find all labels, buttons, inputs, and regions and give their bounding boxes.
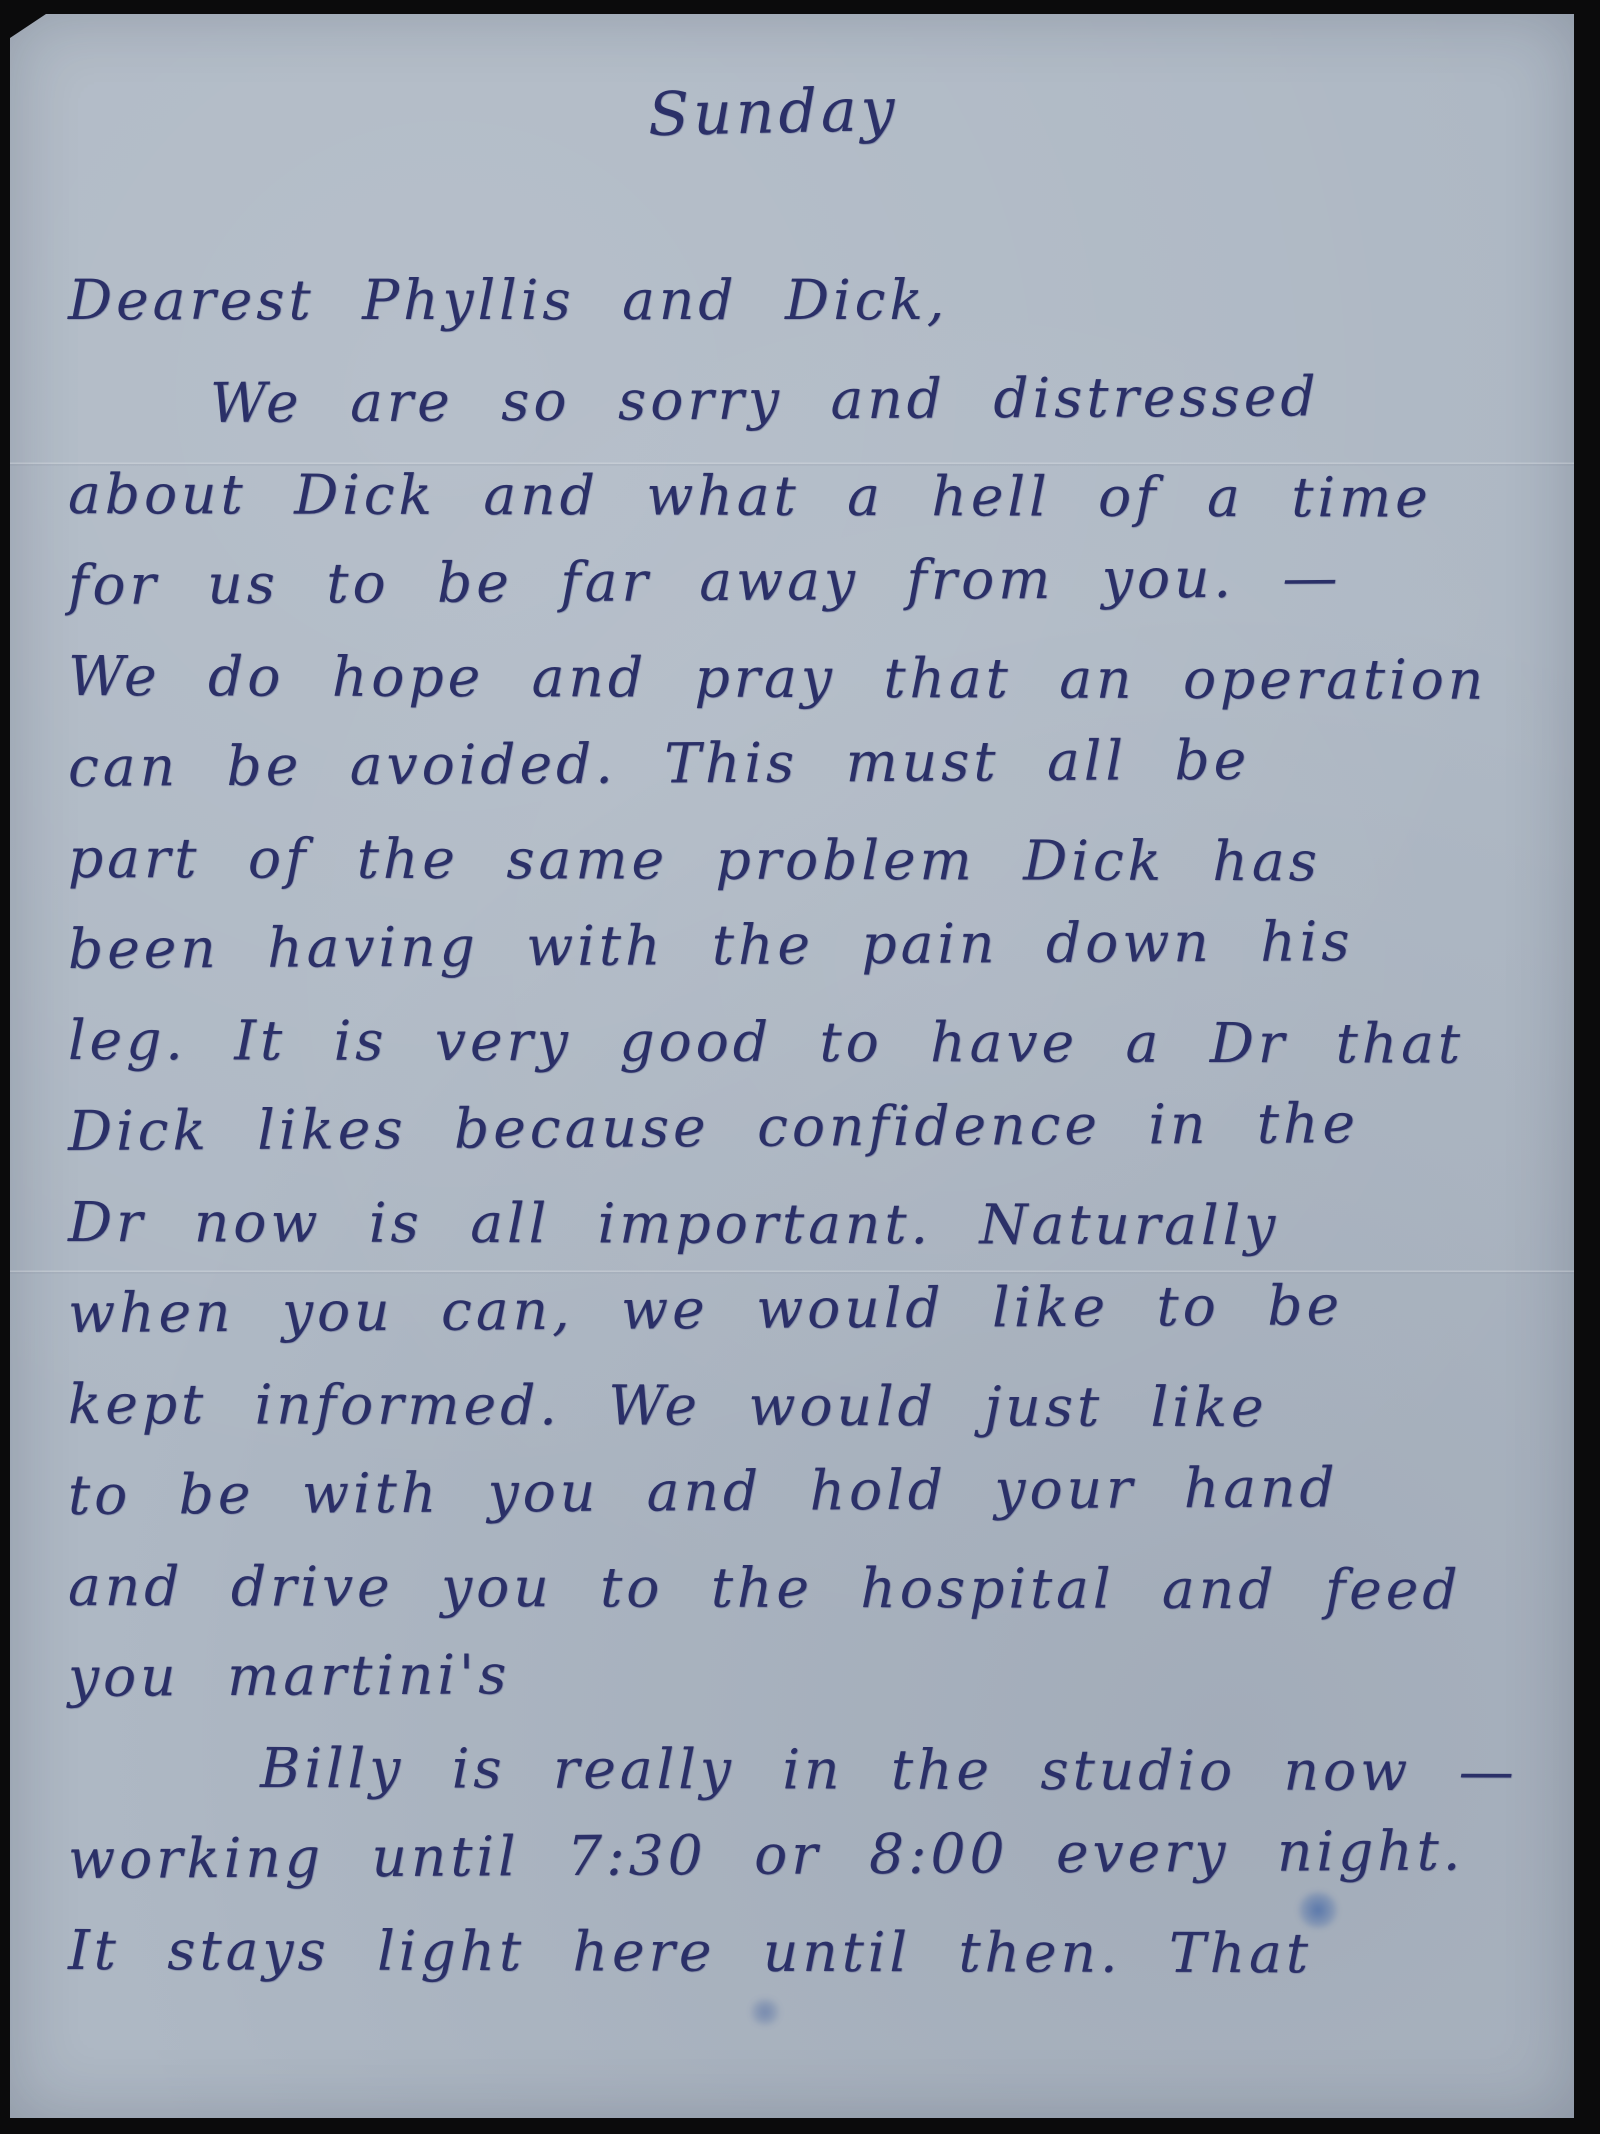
letter-line: when you can, we would like to be bbox=[68, 1259, 1515, 1359]
letter-line: We do hope and pray that an operation bbox=[68, 631, 1514, 726]
letter-line: to be with you and hold your hand bbox=[68, 1441, 1515, 1541]
letter-line: kept informed. We would just like bbox=[68, 1359, 1514, 1454]
letter-date: Sunday bbox=[647, 47, 1515, 165]
letter-line: working until 7:30 or 8:00 every night. bbox=[68, 1805, 1515, 1905]
letter-line: about Dick and what a hell of a time bbox=[68, 449, 1514, 544]
letter-line: can be avoided. This must all be bbox=[68, 713, 1515, 813]
ink-blot bbox=[750, 1999, 780, 2025]
scan-background: Sunday Dearest Phyllis and Dick, We are … bbox=[0, 0, 1600, 2134]
letter-line: Dick likes because confidence in the bbox=[68, 1077, 1515, 1177]
letter-line: for us to be far away from you. — bbox=[68, 531, 1515, 631]
letter-line: leg. It is very good to have a Dr that bbox=[68, 995, 1514, 1090]
letter-line: you martini's bbox=[68, 1623, 1515, 1723]
letter-page: Sunday Dearest Phyllis and Dick, We are … bbox=[10, 14, 1574, 2118]
letter-line: We are so sorry and distressed bbox=[210, 350, 1515, 449]
letter-salutation: Dearest Phyllis and Dick, bbox=[68, 254, 1514, 346]
letter-line: and drive you to the hospital and feed bbox=[68, 1541, 1514, 1636]
letter-line: been having with the pain down his bbox=[68, 895, 1515, 995]
letter-line: Billy is really in the studio now — bbox=[260, 1723, 1514, 1817]
letter-line: It stays light here until then. That bbox=[68, 1905, 1514, 2000]
letter-line: Dr now is all important. Naturally bbox=[68, 1177, 1514, 1272]
letter-body: We are so sorry and distressed about Dic… bbox=[68, 358, 1514, 1996]
letter-line: part of the same problem Dick has bbox=[68, 813, 1514, 908]
